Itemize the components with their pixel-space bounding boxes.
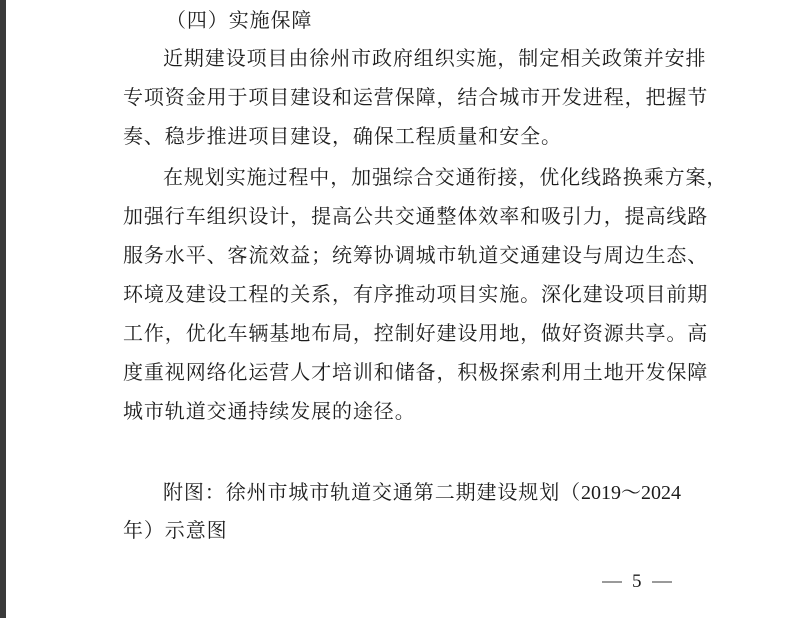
paragraph-2-line-6: 度重视网络化运营人才培训和储备，积极探索利用土地开发保障 — [123, 359, 683, 385]
paragraph-1-line-3: 奏、稳步推进项目建设，确保工程质量和安全。 — [123, 123, 683, 149]
attachment-caption-line-1: 附图：徐州市城市轨道交通第二期建设规划（2019～2024 — [163, 479, 683, 505]
attachment-caption-text: 附图：徐州市城市轨道交通第二期建设规划（ — [163, 480, 581, 504]
section-heading: （四）实施保障 — [166, 7, 726, 33]
paragraph-2-line-1: 在规划实施过程中，加强综合交通衔接，优化线路换乘方案， — [163, 164, 683, 190]
paragraph-1-line-1: 近期建设项目由徐州市政府组织实施，制定相关政策并安排 — [163, 45, 683, 71]
page-number-value: 5 — [632, 570, 642, 594]
attachment-caption-line-2: 年）示意图 — [123, 517, 683, 543]
paragraph-2-line-3: 服务水平、客流效益；统筹协调城市轨道交通建设与周边生态、 — [123, 242, 683, 268]
page-number: 5 — [602, 570, 672, 594]
paragraph-2-line-7: 城市轨道交通持续发展的途径。 — [123, 398, 683, 424]
paragraph-2-line-2: 加强行车组织设计，提高公共交通整体效率和吸引力，提高线路 — [123, 203, 683, 229]
attachment-caption-years: 2019～2024 — [581, 482, 681, 504]
document-page: （四）实施保障 近期建设项目由徐州市政府组织实施，制定相关政策并安排 专项资金用… — [6, 0, 790, 618]
paragraph-2-line-5: 工作，优化车辆基地布局，控制好建设用地，做好资源共享。高 — [123, 320, 683, 346]
page-number-dash-left — [602, 581, 622, 583]
paragraph-2-line-4: 环境及建设工程的关系，有序推动项目实施。深化建设项目前期 — [123, 281, 683, 307]
page-number-dash-right — [652, 581, 672, 583]
paragraph-1-line-2: 专项资金用于项目建设和运营保障，结合城市开发进程，把握节 — [123, 84, 683, 110]
